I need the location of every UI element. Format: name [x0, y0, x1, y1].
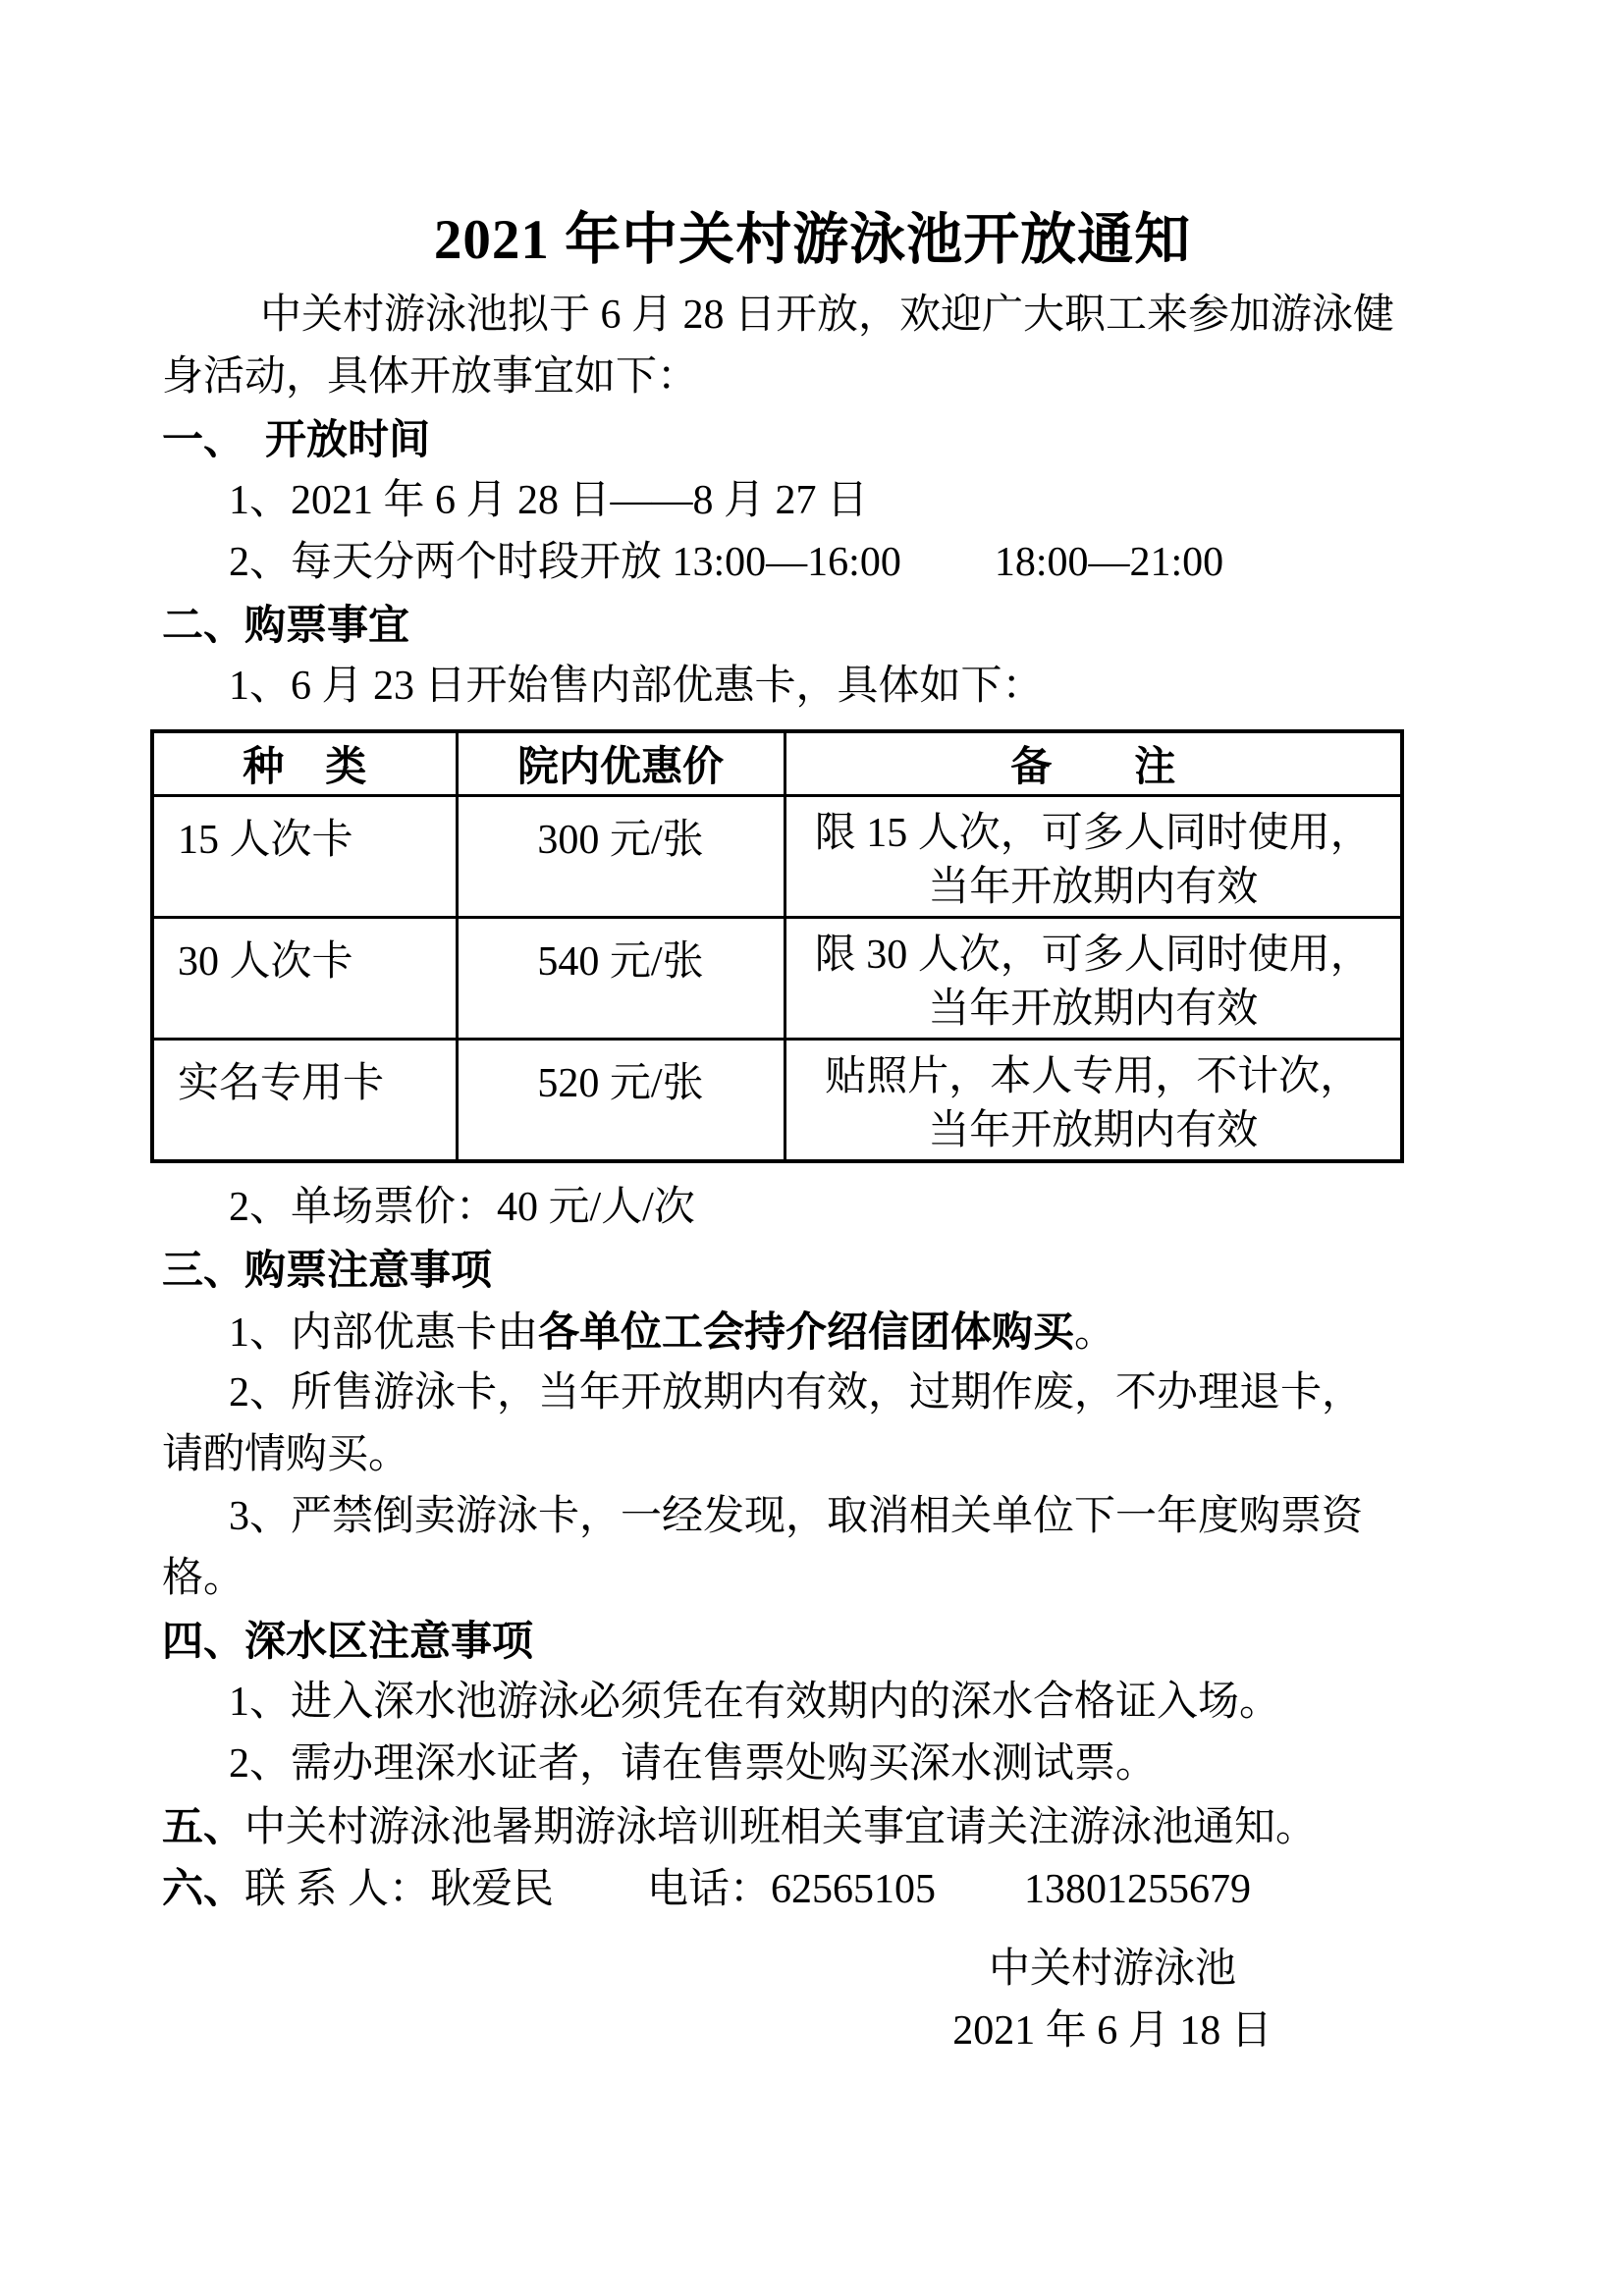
price-cell: 520 元/张	[457, 1040, 785, 1162]
purchase-note-prefix: 1、内部优惠卡由	[229, 1310, 538, 1356]
open-dates-item: 1、2021 年 6 月 28 日——8 月 27 日	[162, 470, 1463, 532]
page-title: 2021 年中关村游泳池开放通知	[162, 201, 1463, 285]
note-line-2: 当年开放期内有效	[787, 861, 1400, 915]
notice-document: 2021 年中关村游泳池开放通知 中关村游泳池拟于 6 月 28 日开放，欢迎广…	[0, 0, 1624, 2296]
section-heading-1: 一、 开放时间	[162, 408, 1463, 470]
contact-phone: 电话：62565105	[647, 1859, 936, 1921]
intro-line-1: 中关村游泳池拟于 6 月 28 日开放，欢迎广大职工来参加游泳健	[162, 285, 1463, 347]
section-heading-4: 四、深水区注意事项	[162, 1610, 1463, 1672]
section-line-6: 六、联 系 人：耿爱民电话：6256510513801255679	[162, 1857, 1463, 1919]
intro-line-2: 身活动，具体开放事宜如下：	[162, 347, 1463, 408]
note-line-1: 贴照片，本人专用，不计次，	[787, 1050, 1400, 1104]
section-heading-3: 三、购票注意事项	[162, 1239, 1463, 1301]
price-cell: 540 元/张	[457, 918, 785, 1040]
note-line-1: 限 30 人次，可多人同时使用，	[787, 929, 1400, 983]
purchase-note-item-2-line-1: 2、所售游泳卡，当年开放期内有效，过期作废，不办理退卡，	[162, 1362, 1463, 1424]
section-5-number: 五、	[162, 1803, 244, 1849]
card-sale-item: 1、6 月 23 日开始售内部优惠卡，具体如下：	[162, 656, 1463, 718]
training-class-text: 中关村游泳池暑期游泳培训班相关事宜请关注游泳池通知。	[244, 1805, 1317, 1850]
signature-date: 2021 年 6 月 18 日	[906, 2001, 1319, 2062]
signature-block: 中关村游泳池 2021 年 6 月 18 日	[906, 1939, 1319, 2062]
note-cell: 限 15 人次，可多人同时使用， 当年开放期内有效	[785, 796, 1402, 918]
note-line-2: 当年开放期内有效	[787, 983, 1400, 1037]
contact-mobile: 13801255679	[1024, 1859, 1251, 1921]
card-type-cell: 实名专用卡	[152, 1040, 457, 1162]
card-type-cell: 30 人次卡	[152, 918, 457, 1040]
table-row: 实名专用卡 520 元/张 贴照片，本人专用，不计次， 当年开放期内有效	[152, 1040, 1402, 1162]
purchase-note-item-3-line-1: 3、严禁倒卖游泳卡，一经发现，取消相关单位下一年度购票资	[162, 1486, 1463, 1548]
purchase-note-suffix: 。	[1074, 1310, 1115, 1356]
purchase-note-item-2-line-2: 请酌情购买。	[162, 1424, 1463, 1486]
contact-person: 联 系 人：耿爱民	[244, 1867, 554, 1912]
section-heading-2: 二、购票事宜	[162, 594, 1463, 656]
purchase-note-item-3-line-2: 格。	[162, 1548, 1463, 1610]
open-times-label: 2、每天分两个时段开放 13:00—16:00	[229, 540, 901, 585]
deep-water-item-2: 2、需办理深水证者，请在售票处购买深水测试票。	[162, 1734, 1463, 1795]
price-cell: 300 元/张	[457, 796, 785, 918]
purchase-note-item-1: 1、内部优惠卡由各单位工会持介绍信团体购买。	[162, 1301, 1463, 1362]
header-price: 院内优惠价	[457, 731, 785, 796]
open-times-item: 2、每天分两个时段开放 13:00—16:0018:00—21:00	[162, 532, 1463, 594]
deep-water-item-1: 1、进入深水池游泳必须凭在有效期内的深水合格证入场。	[162, 1672, 1463, 1734]
header-card-type: 种 类	[152, 731, 457, 796]
section-line-5: 五、中关村游泳池暑期游泳培训班相关事宜请关注游泳池通知。	[162, 1795, 1463, 1857]
header-notes: 备 注	[785, 731, 1402, 796]
single-ticket-price-item: 2、单场票价：40 元/人/次	[162, 1177, 1463, 1239]
note-cell: 贴照片，本人专用，不计次， 当年开放期内有效	[785, 1040, 1402, 1162]
note-line-1: 限 15 人次，可多人同时使用，	[787, 807, 1400, 861]
pricing-table: 种 类 院内优惠价 备 注 15 人次卡 300 元/张 限 15 人次，可多人…	[150, 729, 1404, 1163]
purchase-note-bold: 各单位工会持介绍信团体购买	[538, 1308, 1074, 1355]
note-cell: 限 30 人次，可多人同时使用， 当年开放期内有效	[785, 918, 1402, 1040]
table-header-row: 种 类 院内优惠价 备 注	[152, 731, 1402, 796]
section-6-number: 六、	[162, 1865, 244, 1911]
open-times-evening: 18:00—21:00	[995, 532, 1223, 594]
note-line-2: 当年开放期内有效	[787, 1104, 1400, 1158]
signature-org: 中关村游泳池	[906, 1939, 1319, 2001]
card-type-cell: 15 人次卡	[152, 796, 457, 918]
table-row: 15 人次卡 300 元/张 限 15 人次，可多人同时使用， 当年开放期内有效	[152, 796, 1402, 918]
table-row: 30 人次卡 540 元/张 限 30 人次，可多人同时使用， 当年开放期内有效	[152, 918, 1402, 1040]
